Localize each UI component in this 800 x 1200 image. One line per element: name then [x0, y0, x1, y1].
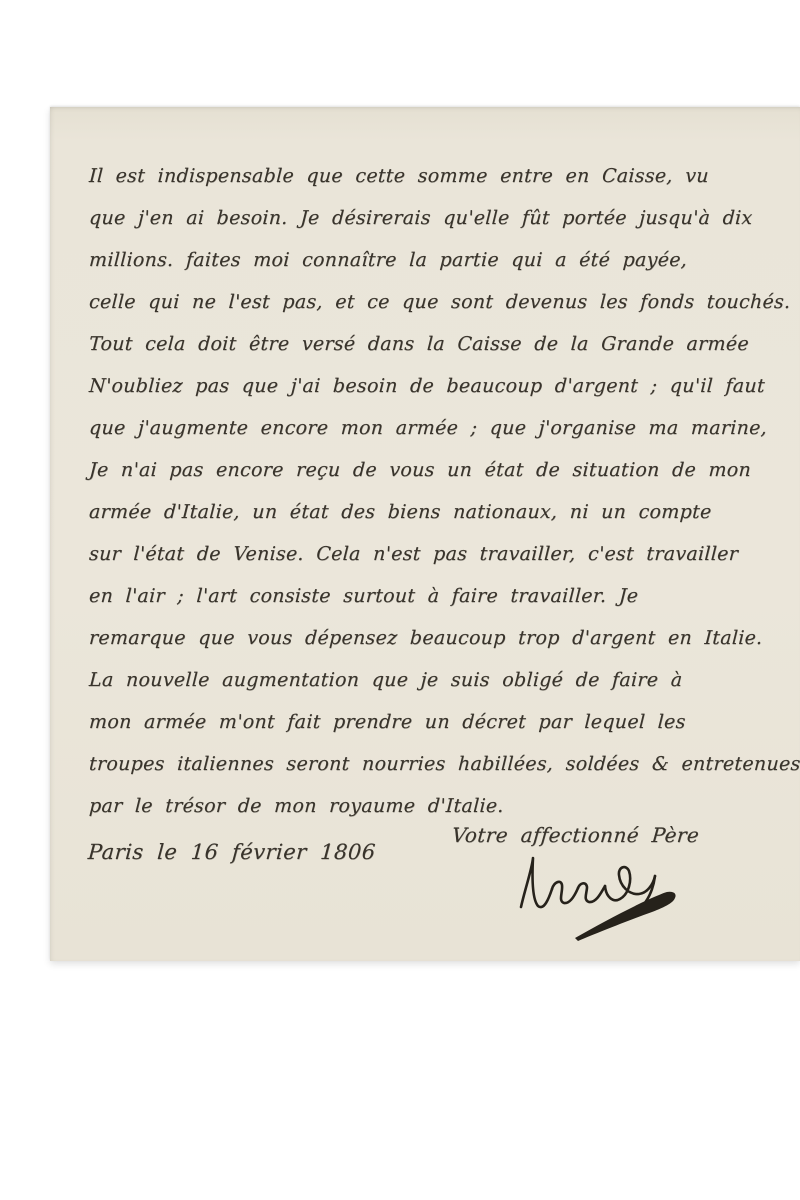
letter-line-3: millions. faites moi connaître la partie… [88, 239, 785, 281]
signature-flourish-icon [575, 889, 677, 941]
letter-line-7: que j'augmente encore mon armée ; que j'… [88, 407, 785, 449]
letter-line-5: Tout cela doit être versé dans la Caisse… [88, 323, 785, 365]
letter-line-1: Il est indispensable que cette somme ent… [88, 155, 785, 197]
letter-line-11: en l'air ; l'art consiste surtout à fair… [88, 575, 785, 617]
signature-scrawl-icon [521, 858, 655, 911]
signature-napoleon [505, 845, 705, 945]
letter-line-14: mon armée m'ont fait prendre un décret p… [88, 701, 785, 743]
letter-line-10: sur l'état de Venise. Cela n'est pas tra… [88, 533, 785, 575]
letter-line-16: par le trésor de mon royaume d'Italie. [88, 785, 785, 827]
letter-line-13: La nouvelle augmentation que je suis obl… [88, 659, 785, 701]
letter-line-15: troupes italiennes seront nourries habil… [88, 743, 785, 785]
letter-body: Il est indispensable que cette somme ent… [88, 155, 783, 827]
letter-line-6: N'oubliez pas que j'ai besoin de beaucou… [88, 365, 785, 407]
letter-line-8: Je n'ai pas encore reçu de vous un état … [88, 449, 785, 491]
letter-closing: Votre affectionné Père [451, 823, 700, 847]
letter-line-12: remarque que vous dépensez beaucoup trop… [88, 617, 785, 659]
letter-line-9: armée d'Italie, un état des biens nation… [88, 491, 785, 533]
letter-paper: Il est indispensable que cette somme ent… [50, 107, 800, 961]
letter-dateline: Paris le 16 février 1806 [87, 840, 376, 864]
letter-line-4: celle qui ne l'est pas, et ce que sont d… [88, 281, 785, 323]
letter-line-2: que j'en ai besoin. Je désirerais qu'ell… [88, 197, 785, 239]
page-background: Il est indispensable que cette somme ent… [0, 0, 800, 1200]
